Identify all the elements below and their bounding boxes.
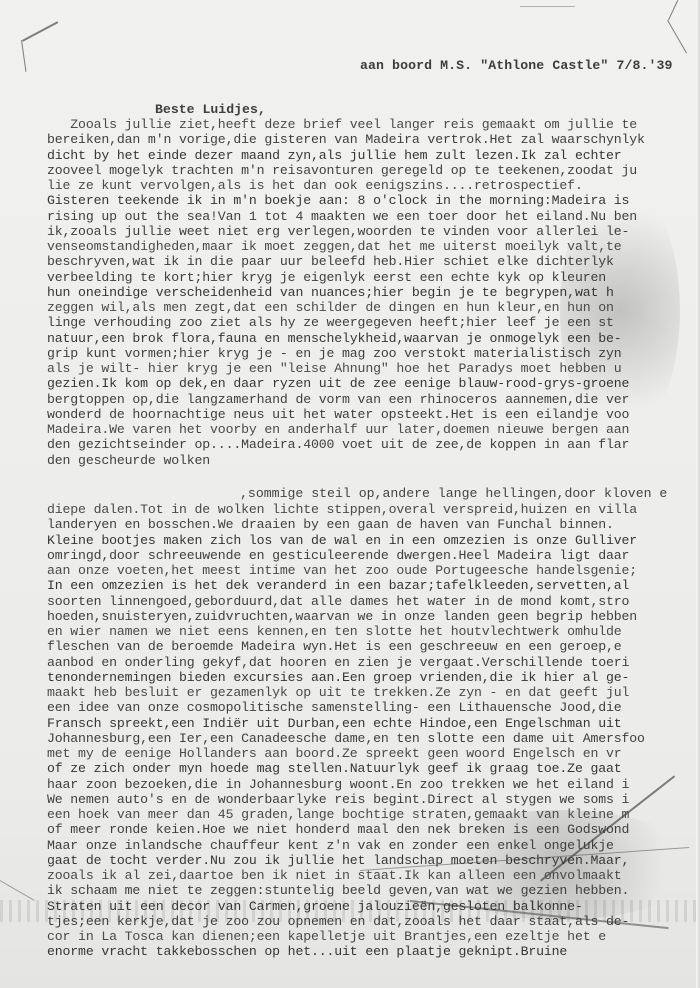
scratch-mark	[22, 21, 58, 41]
text-line: ik,zooals jullie weet niet erg verlegen,…	[47, 224, 700, 239]
text-line: soorten linnengoed,geborduurd,dat alle d…	[47, 594, 700, 609]
text-line: beschryven,wat ik in die paar uur beleef…	[47, 254, 700, 269]
text-line: venseomstandigheden,maar ik moet zeggen,…	[47, 239, 700, 254]
paragraph-1: Zooals jullie ziet,heeft deze brief veel…	[47, 117, 700, 468]
text-line: We nemen auto's en de wonderbaarlyke rei…	[47, 792, 700, 807]
text-line: Fransch spreekt,een Indiër uit Durban,ee…	[47, 716, 700, 731]
text-line: den gescheurde wolken	[47, 453, 700, 468]
scratch-mark	[667, 20, 687, 54]
continuation-fragment: ,sommige steil op,andere lange hellingen…	[240, 486, 667, 501]
scratch-mark	[668, 0, 678, 20]
text-line: omringd,door schreeuwende en gesticuleer…	[47, 548, 700, 563]
text-line: hoeden,snuisteryen,zuidvruchten,waarvan …	[47, 609, 700, 624]
text-line: cor in La Tosca kan dienen;een kapelletj…	[47, 929, 700, 944]
text-line: landeryen en bosschen.We draaien by een …	[47, 517, 700, 532]
text-line: diepe dalen.Tot in de wolken lichte stip…	[47, 502, 700, 517]
text-line: of ze zich onder myn hoede mag stellen.N…	[47, 761, 700, 776]
text-line: Maar onze inlandsche chauffeur kent z'n …	[47, 838, 700, 853]
text-line: Kleine bootjes maken zich los van de wal…	[47, 533, 700, 548]
text-line: Zooals jullie ziet,heeft deze brief veel…	[47, 117, 700, 132]
text-line: maakt heb besluit er gezamenlyk op uit t…	[47, 685, 700, 700]
text-line: rising up out the sea!Van 1 tot 4 maakte…	[47, 209, 700, 224]
text-line: verbeelding te kort;hier kryg je eigenly…	[47, 270, 700, 285]
tear-line	[0, 880, 35, 901]
text-line: dicht by het einde dezer maand zyn,als j…	[47, 148, 700, 163]
text-line: enorme vracht takkebosschen op het...uit…	[47, 944, 700, 959]
text-line: linge verhouding zoo ziet als hy ze weer…	[47, 315, 700, 330]
text-line: ik schaam me niet te zeggen:stuntelig be…	[47, 883, 700, 898]
text-line: Gisteren teekende ik in m'n boekje aan: …	[47, 193, 700, 208]
letter-page: aan boord M.S. "Athlone Castle" 7/8.'39 …	[0, 0, 700, 988]
text-line: wonderd de hoornachtige neus uit het wat…	[47, 407, 700, 422]
text-line: natuur,een brok flora,fauna en menschely…	[47, 331, 700, 346]
text-line: zeggen wil,als men zegt,dat een schilder…	[47, 300, 700, 315]
scratch-mark	[520, 6, 575, 7]
text-line: zooveel mogelyk trachten m'n reisavontur…	[47, 163, 700, 178]
paragraph-2: diepe dalen.Tot in de wolken lichte stip…	[47, 502, 700, 960]
text-line: In een omzezien is het dek veranderd in …	[47, 578, 700, 593]
text-line: aanbod en onderling gekyf,dat hooren en …	[47, 655, 700, 670]
text-line: lie ze kunt vervolgen,als is het dan ook…	[47, 178, 700, 193]
text-line: grip kunt vormen;hier kryg je - en je ma…	[47, 346, 700, 361]
text-line: en wier namen we niet eens kennen,en ten…	[47, 624, 700, 639]
text-line: Straten uit een decor van Carmen,groene …	[47, 899, 700, 914]
text-line: zooals ik al zei,daartoe ben ik niet in …	[47, 868, 700, 883]
greeting: Beste Luidjes,	[155, 102, 266, 117]
text-line: Madeira.We varen het voorby en anderhalf…	[47, 422, 700, 437]
text-line: Johannesburg,een Ier,een Canadeesche dam…	[47, 731, 700, 746]
text-line: tenondernemingen bieden excursies aan.Ee…	[47, 670, 700, 685]
text-line: gezien.Ik kom op dek,en daar ryzen uit d…	[47, 376, 700, 391]
text-line: bergtoppen op,die langzamerhand de vorm …	[47, 392, 700, 407]
text-line: haar zoon bezoeken,die in Johannesburg w…	[47, 777, 700, 792]
text-line: tjes;een kerkje,dat je zoo zou opnemen e…	[47, 914, 700, 929]
text-line: hun oneindige verscheidenheid van nuance…	[47, 285, 700, 300]
text-line: gaat de tocht verder.Nu zou ik jullie he…	[47, 853, 700, 868]
text-line: of meer ronde keien.Hoe we niet honderd …	[47, 822, 700, 837]
text-line: den gezichtseinder op....Madeira.4000 vo…	[47, 437, 700, 452]
text-line: bereiken,dan m'n vorige,die gisteren van…	[47, 132, 700, 147]
text-line: als je wilt- hier kryg je een "leise Ahn…	[47, 361, 700, 376]
text-line: een hoek van meer dan 45 graden,lange bo…	[47, 807, 700, 822]
text-line: aan onze voeten,het meest intime van het…	[47, 563, 700, 578]
dateline: aan boord M.S. "Athlone Castle" 7/8.'39	[360, 58, 673, 73]
text-line: een idee van onze cosmopolitische samens…	[47, 700, 700, 715]
scratch-mark	[21, 40, 27, 72]
text-line: met my de eenige Hollanders aan boord.Ze…	[47, 746, 700, 761]
text-line: fleschen van de beroemde Madeira wyn.Het…	[47, 639, 700, 654]
